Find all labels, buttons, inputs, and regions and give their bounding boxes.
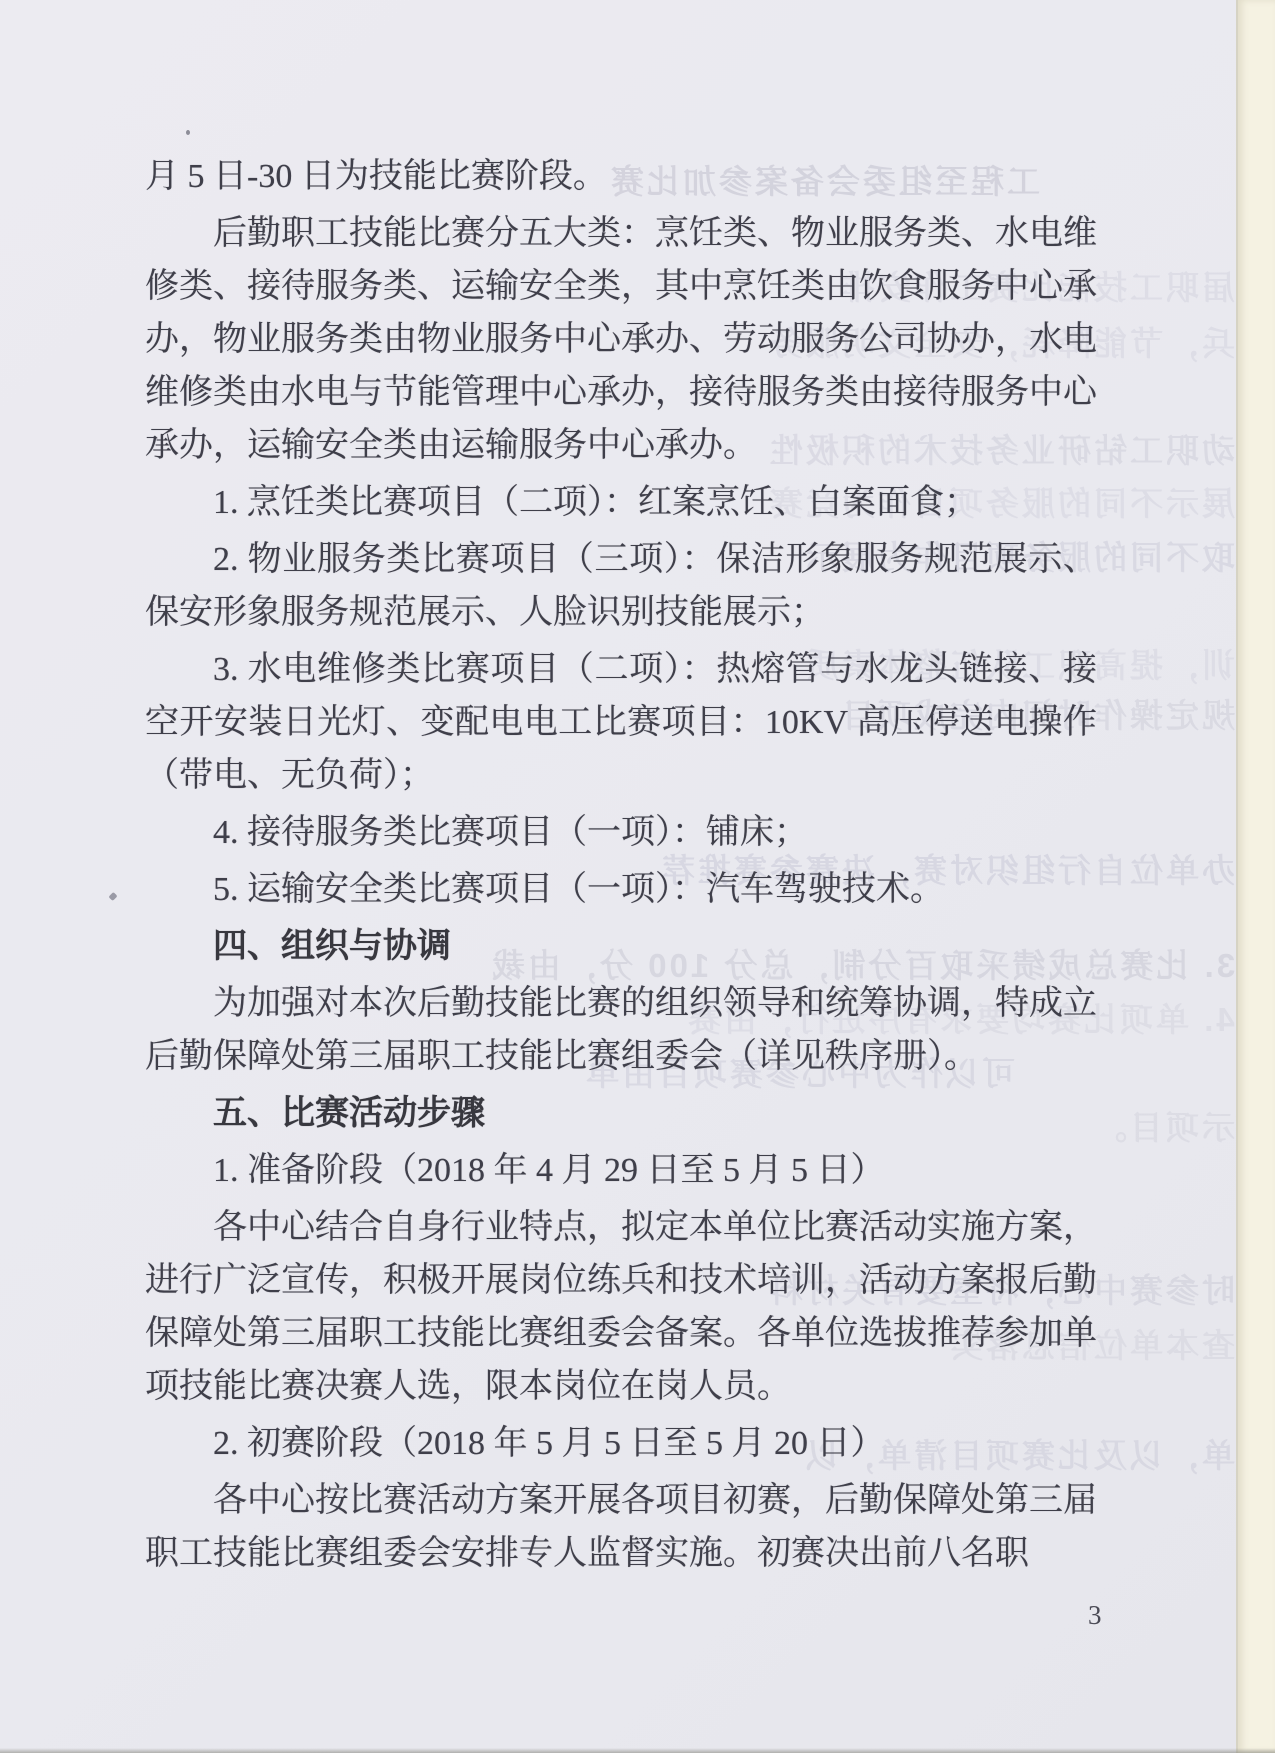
- paragraph: 为加强对本次后勤技能比赛的组织领导和统筹协调，特成立后勤保障处第三届职工技能比赛…: [145, 977, 1097, 1083]
- scan-speck: [186, 130, 190, 135]
- page-number: 3: [1088, 1600, 1102, 1631]
- scan-bottom-edge: [0, 1748, 1275, 1753]
- document-body: 月 5 日-30 日为技能比赛阶段。 后勤职工技能比赛分五大类：烹饪类、物业服务…: [145, 150, 1097, 1584]
- paragraph-continuation: 月 5 日-30 日为技能比赛阶段。: [145, 150, 1097, 203]
- paragraph: 各中心按比赛活动方案开展各项目初赛，后勤保障处第三届职工技能比赛组委会安排专人监…: [145, 1474, 1097, 1580]
- list-item: 2. 物业服务类比赛项目（三项）：保洁形象服务规范展示、保安形象服务规范展示、人…: [145, 533, 1097, 639]
- list-item: 1. 准备阶段（2018 年 4 月 29 日至 5 月 5 日）: [145, 1144, 1097, 1197]
- section-heading: 五、比赛活动步骤: [145, 1087, 1097, 1140]
- list-item: 3. 水电维修类比赛项目（二项）：热熔管与水龙头链接、接空开安装日光灯、变配电电…: [145, 643, 1097, 802]
- section-heading: 四、组织与协调: [145, 920, 1097, 973]
- scan-speck: [108, 892, 117, 901]
- list-item: 4. 接待服务类比赛项目（一项）：铺床；: [145, 806, 1097, 859]
- scanned-document-page: 工程至组委会备案参加比赛 届职工技能比赛工作安排 兵，节能降耗，安全文明服务 动…: [0, 0, 1275, 1753]
- paragraph: 各中心结合自身行业特点，拟定本单位比赛活动实施方案，进行广泛宣传，积极开展岗位练…: [145, 1201, 1097, 1413]
- list-item: 1. 烹饪类比赛项目（二项）：红案烹饪、白案面食；: [145, 476, 1097, 529]
- bleedthrough-text: 示项目。: [1091, 1102, 1235, 1149]
- paragraph: 后勤职工技能比赛分五大类：烹饪类、物业服务类、水电维修类、接待服务类、运输安全类…: [145, 207, 1097, 472]
- scan-edge-strip: [1236, 0, 1275, 1753]
- list-item: 2. 初赛阶段（2018 年 5 月 5 日至 5 月 20 日）: [145, 1417, 1097, 1470]
- list-item: 5. 运输安全类比赛项目（一项）：汽车驾驶技术。: [145, 863, 1097, 916]
